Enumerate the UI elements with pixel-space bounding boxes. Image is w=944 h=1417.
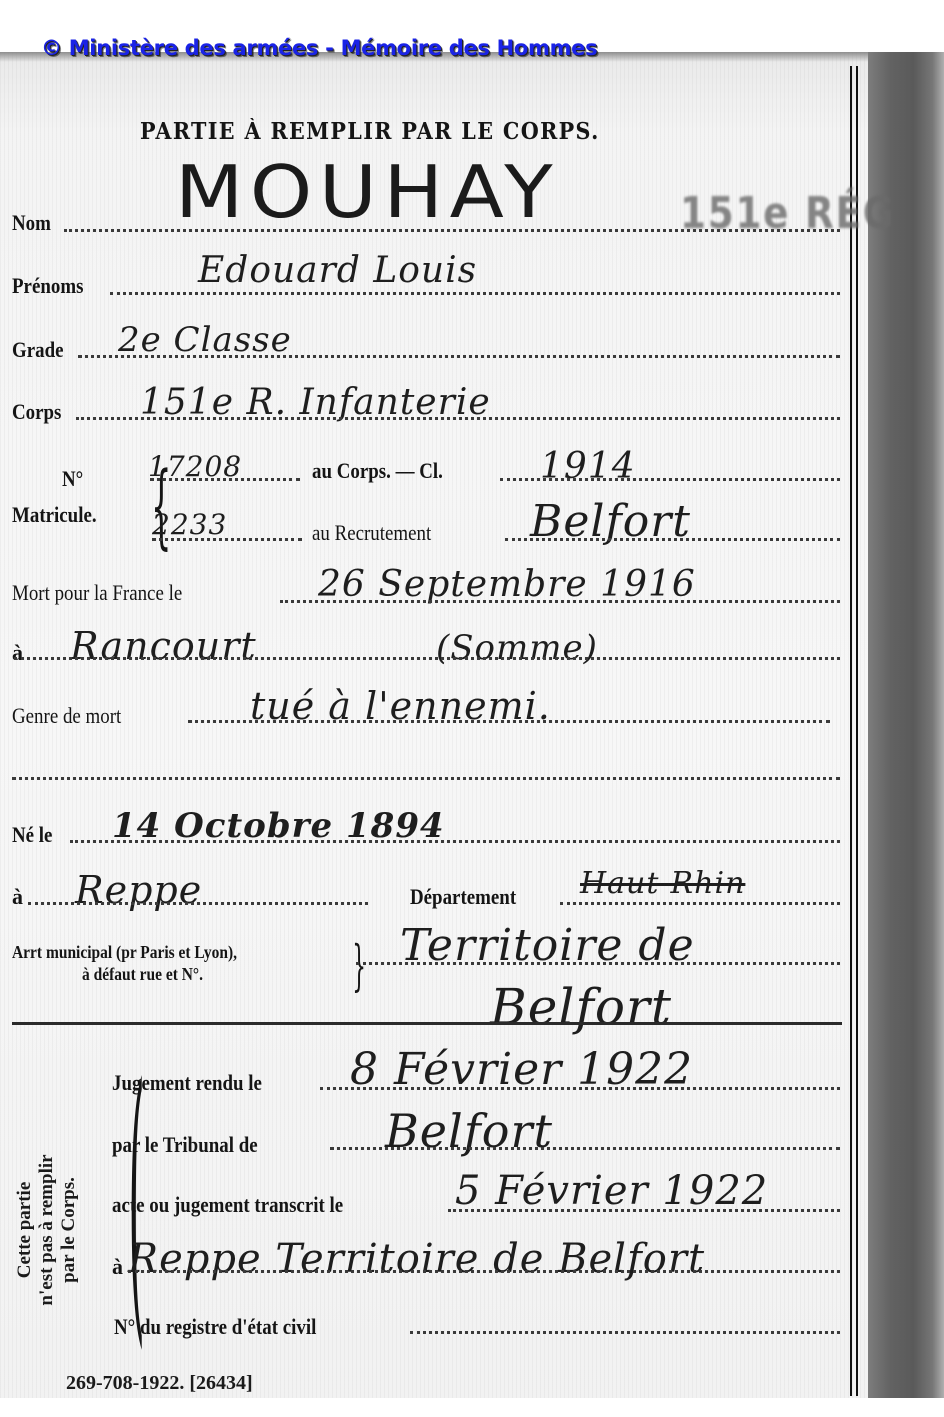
- au-corps-classe-label: au Corps. — Cl.: [312, 458, 443, 484]
- tribunal-label: par le Tribunal de: [112, 1132, 258, 1158]
- naissance-date-label: Né le: [12, 822, 52, 848]
- margin-rule: [856, 66, 858, 1396]
- nom-label: Nom: [12, 210, 51, 236]
- matricule-recrutement-number: 2233: [152, 508, 227, 541]
- departement-dotted-line: [560, 902, 840, 905]
- mort-lieu-dotted-line: [14, 657, 840, 660]
- transcrit-label: acte ou jugement transcrit le: [112, 1192, 343, 1218]
- corps-dotted-line: [76, 417, 840, 420]
- mort-date-dotted-line: [280, 600, 840, 603]
- form-reference-code: 269-708-1922. [26434]: [66, 1372, 253, 1395]
- arrondissement-label-line1: Arrt municipal (pr Paris et Lyon),: [12, 942, 237, 963]
- genre-mort-dotted-line: [188, 720, 830, 723]
- naissance-lieu-value: Reppe: [75, 868, 202, 912]
- naissance-date-dotted-line: [70, 840, 840, 843]
- arrondissement-brace: }: [352, 934, 366, 997]
- margin-rule: [850, 66, 852, 1396]
- nom-value: MOUHAY: [175, 150, 559, 234]
- mort-lieu-departement: (Somme): [436, 628, 598, 668]
- transcrit-lieu-dotted-line: [128, 1270, 840, 1273]
- matricule-label-no: N°: [62, 466, 83, 492]
- side-note-line1: Cette partie: [14, 1115, 36, 1345]
- matricule-label: Matricule.: [12, 502, 97, 528]
- arrondissement-label-line2: à défaut rue et N°.: [82, 964, 203, 985]
- copyright-watermark: © Ministère des armées - Mémoire des Hom…: [41, 36, 597, 60]
- corps-label: Corps: [12, 399, 61, 425]
- blank-dotted-line: [12, 777, 840, 780]
- genre-mort-label: Genre de mort: [12, 703, 121, 729]
- form-title: PARTIE À REMPLIR PAR LE CORPS.: [140, 118, 600, 145]
- recrutement-dotted-line: [505, 538, 840, 541]
- transcrit-lieu-label: à: [112, 1254, 123, 1280]
- civil-section-side-note: Cette partie n'est pas à remplir par le …: [14, 1115, 80, 1345]
- mort-lieu-label: à: [12, 640, 23, 666]
- mort-lieu-value: Rancourt: [70, 624, 257, 668]
- registre-label: N° du registre d'état civil: [114, 1314, 316, 1340]
- naissance-lieu-label: à: [12, 884, 23, 910]
- departement-label: Département: [410, 884, 516, 910]
- departement-value-line2: Belfort: [490, 978, 672, 1036]
- transcrit-value: 5 Février 1922: [455, 1168, 768, 1214]
- naissance-lieu-dotted-line: [28, 902, 368, 905]
- prenoms-label: Prénoms: [12, 273, 83, 299]
- jugement-label: Jugement rendu le: [112, 1070, 262, 1096]
- arrondissement-dotted-line: [356, 962, 840, 965]
- mort-date-value: 26 Septembre 1916: [318, 564, 696, 605]
- tribunal-dotted-line: [330, 1147, 840, 1150]
- prenoms-dotted-line: [110, 292, 840, 295]
- transcrit-dotted-line: [448, 1209, 840, 1212]
- matricule-recrutement-dotted-line: [152, 538, 302, 541]
- prenoms-value: Edouard Louis: [198, 250, 477, 291]
- matricule-corps-dotted-line: [150, 478, 300, 481]
- grade-label: Grade: [12, 337, 64, 363]
- grade-value: 2e Classe: [118, 320, 292, 360]
- mort-date-label: Mort pour la France le: [12, 580, 182, 606]
- side-note-line3: par le Corps.: [58, 1115, 80, 1345]
- jugement-dotted-line: [320, 1087, 840, 1090]
- registre-dotted-line: [410, 1331, 840, 1334]
- nom-dotted-line: [64, 229, 840, 232]
- scan-binding-strip: [868, 52, 944, 1398]
- transcrit-lieu-value: Reppe Territoire de Belfort: [128, 1236, 705, 1282]
- grade-dotted-line: [78, 355, 840, 358]
- side-note-line2: n'est pas à remplir: [36, 1115, 58, 1345]
- classe-dotted-line: [500, 478, 840, 481]
- departement-struck-value: Haut-Rhin: [580, 866, 745, 901]
- au-recrutement-label: au Recrutement: [312, 520, 431, 546]
